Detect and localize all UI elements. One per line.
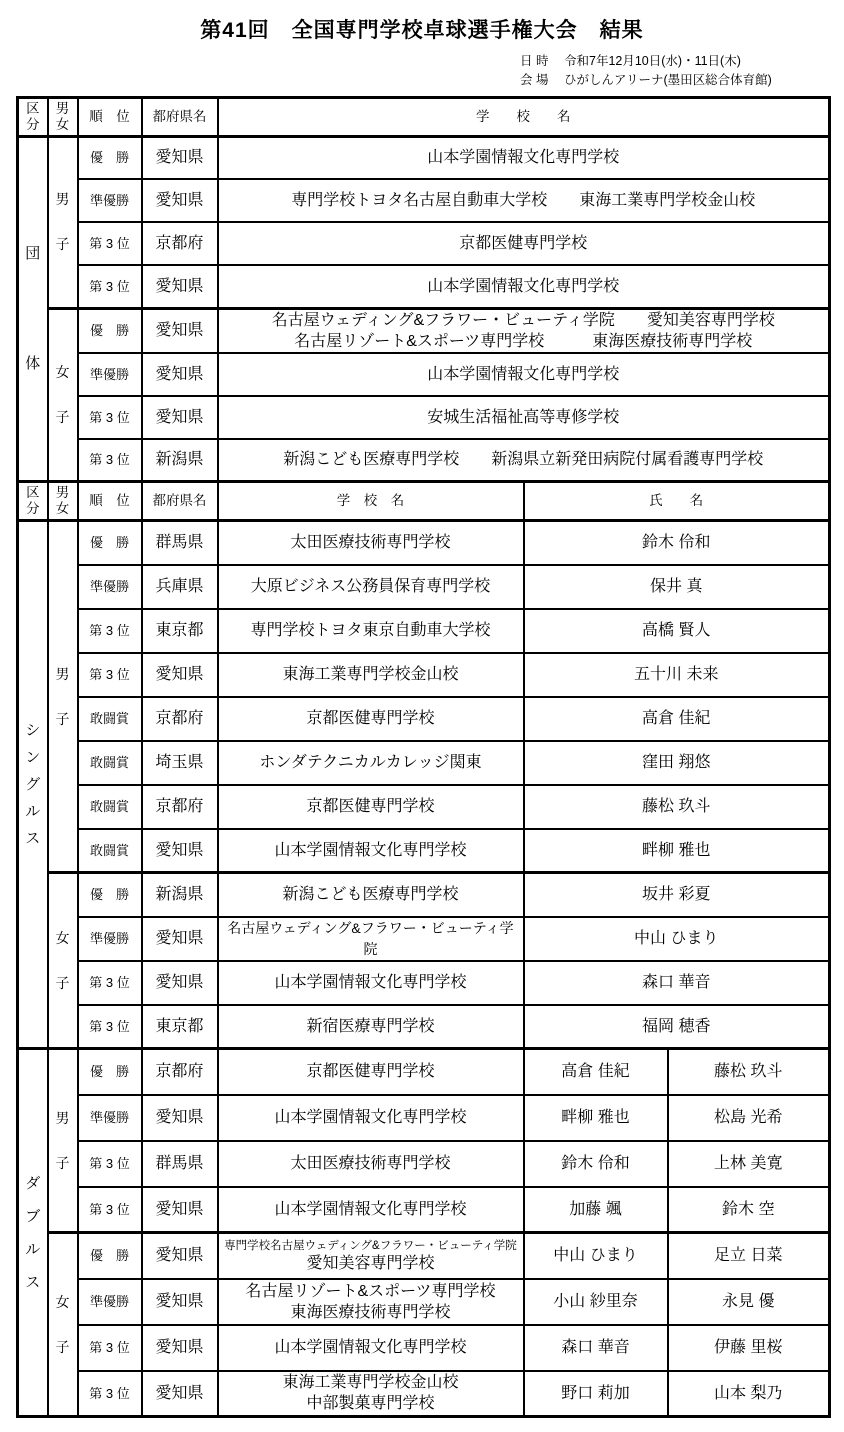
rank-cell: 敢闘賞 bbox=[78, 785, 142, 829]
table-row: 第 3 位 愛知県 山本学園情報文化専門学校 森口 華音 伊藤 里桜 bbox=[18, 1325, 830, 1371]
prefecture-cell: 愛知県 bbox=[142, 1095, 218, 1141]
player-name-cell: 畔柳 雅也 bbox=[524, 829, 830, 873]
table-row: 第 3 位 東京都 専門学校トヨタ東京自動車大学校 高橋 賢人 bbox=[18, 609, 830, 653]
prefecture-cell: 京都府 bbox=[142, 1049, 218, 1095]
table-header-row: 区 分 男 女 順 位 都府県名 学 校 名 bbox=[18, 97, 830, 136]
table-row: 敢闘賞 愛知県 山本学園情報文化専門学校 畔柳 雅也 bbox=[18, 829, 830, 873]
school-cell: 山本学園情報文化専門学校 bbox=[218, 265, 830, 308]
school-cell: 新宿医療専門学校 bbox=[218, 1005, 524, 1049]
table-header-row: 区 分 男 女 順 位 都府県名 学 校 名 氏 名 bbox=[18, 482, 830, 521]
rank-cell: 第 3 位 bbox=[78, 961, 142, 1005]
header-gender: 男 女 bbox=[48, 482, 78, 521]
table-row: 第 3 位 愛知県 山本学園情報文化専門学校 加藤 颯 鈴木 空 bbox=[18, 1187, 830, 1233]
rank-cell: 第 3 位 bbox=[78, 439, 142, 482]
school-cell: 名古屋リゾート&スポーツ専門学校 東海医療技術専門学校 bbox=[218, 1279, 524, 1325]
prefecture-cell: 京都府 bbox=[142, 785, 218, 829]
rank-cell: 敢闘賞 bbox=[78, 829, 142, 873]
rank-cell: 準優勝 bbox=[78, 565, 142, 609]
table-row: 敢闘賞 埼玉県 ホンダテクニカルカレッジ関東 窪田 翔悠 bbox=[18, 741, 830, 785]
rank-cell: 敢闘賞 bbox=[78, 697, 142, 741]
prefecture-cell: 愛知県 bbox=[142, 1279, 218, 1325]
gender-label-singles-men: 男 子 bbox=[48, 521, 78, 873]
school-cell: 山本学園情報文化専門学校 bbox=[218, 136, 830, 179]
rank-cell: 第 3 位 bbox=[78, 609, 142, 653]
rank-cell: 第 3 位 bbox=[78, 222, 142, 265]
rank-cell: 優 勝 bbox=[78, 308, 142, 353]
rank-cell: 優 勝 bbox=[78, 136, 142, 179]
player-name-cell: 森口 華音 bbox=[524, 961, 830, 1005]
rank-cell: 第 3 位 bbox=[78, 1141, 142, 1187]
gender-label-singles-women: 女 子 bbox=[48, 873, 78, 1049]
rank-cell: 優 勝 bbox=[78, 521, 142, 565]
player-name-cell: 鈴木 空 bbox=[668, 1187, 830, 1233]
page: 第41回 全国専門学校卓球選手権大会 結果 日 時 令和7年12月10日(水)・… bbox=[0, 0, 844, 1432]
rank-cell: 優 勝 bbox=[78, 873, 142, 917]
header-name: 氏 名 bbox=[524, 482, 830, 521]
player-name-cell: 保井 真 bbox=[524, 565, 830, 609]
table-row: 第 3 位 愛知県 東海工業専門学校金山校 中部製菓専門学校 野口 莉加 山本 … bbox=[18, 1371, 830, 1417]
rank-cell: 優 勝 bbox=[78, 1233, 142, 1279]
player-name-cell: 永見 優 bbox=[668, 1279, 830, 1325]
school-cell: 専門学校トヨタ東京自動車大学校 bbox=[218, 609, 524, 653]
header-prefecture: 都府県名 bbox=[142, 482, 218, 521]
prefecture-cell: 新潟県 bbox=[142, 873, 218, 917]
player-name-cell: 山本 梨乃 bbox=[668, 1371, 830, 1417]
prefecture-cell: 東京都 bbox=[142, 1005, 218, 1049]
rank-cell: 第 3 位 bbox=[78, 1005, 142, 1049]
page-title: 第41回 全国専門学校卓球選手権大会 結果 bbox=[0, 0, 844, 44]
school-cell: 専門学校トヨタ名古屋自動車大学校 東海工業専門学校金山校 bbox=[218, 179, 830, 222]
meta-venue-value: ひがしんアリーナ(墨田区総合体育館) bbox=[564, 71, 772, 90]
header-gender: 男 女 bbox=[48, 97, 78, 136]
table-row: 女 子 優 勝 愛知県 専門学校名古屋ウェディング&フラワー・ビューティ学院愛知… bbox=[18, 1233, 830, 1279]
table-row: 敢闘賞 京都府 京都医健専門学校 高倉 佳紀 bbox=[18, 697, 830, 741]
prefecture-cell: 新潟県 bbox=[142, 439, 218, 482]
meta-venue-label: 会 場 bbox=[520, 71, 564, 90]
player-name-cell: 小山 紗里奈 bbox=[524, 1279, 668, 1325]
header-category: 区 分 bbox=[18, 482, 48, 521]
player-name-cell: 伊藤 里桜 bbox=[668, 1325, 830, 1371]
player-name-cell: 野口 莉加 bbox=[524, 1371, 668, 1417]
player-name-cell: 坂井 彩夏 bbox=[524, 873, 830, 917]
school-cell: 新潟こども医療専門学校 新潟県立新発田病院付属看護専門学校 bbox=[218, 439, 830, 482]
prefecture-cell: 愛知県 bbox=[142, 1187, 218, 1233]
prefecture-cell: 愛知県 bbox=[142, 136, 218, 179]
event-meta: 日 時 令和7年12月10日(水)・11日(木) 会 場 ひがしんアリーナ(墨田… bbox=[520, 52, 844, 90]
rank-cell: 準優勝 bbox=[78, 917, 142, 961]
prefecture-cell: 愛知県 bbox=[142, 179, 218, 222]
header-category: 区 分 bbox=[18, 97, 48, 136]
player-name-cell: 高橋 賢人 bbox=[524, 609, 830, 653]
header-rank: 順 位 bbox=[78, 482, 142, 521]
school-cell: 京都医健専門学校 bbox=[218, 222, 830, 265]
header-school: 学 校 名 bbox=[218, 97, 830, 136]
rank-cell: 第 3 位 bbox=[78, 1371, 142, 1417]
school-cell: 東海工業専門学校金山校 bbox=[218, 653, 524, 697]
table-row: 準優勝 愛知県 専門学校トヨタ名古屋自動車大学校 東海工業専門学校金山校 bbox=[18, 179, 830, 222]
player-name-cell: 鈴木 伶和 bbox=[524, 1141, 668, 1187]
prefecture-cell: 埼玉県 bbox=[142, 741, 218, 785]
prefecture-cell: 愛知県 bbox=[142, 396, 218, 439]
player-name-cell: 藤松 玖斗 bbox=[668, 1049, 830, 1095]
meta-date-label: 日 時 bbox=[520, 52, 564, 71]
header-rank: 順 位 bbox=[78, 97, 142, 136]
table-row: 準優勝 愛知県 名古屋リゾート&スポーツ専門学校 東海医療技術専門学校 小山 紗… bbox=[18, 1279, 830, 1325]
player-name-cell: 畔柳 雅也 bbox=[524, 1095, 668, 1141]
gender-label-teams-women: 女 子 bbox=[48, 308, 78, 482]
rank-cell: 準優勝 bbox=[78, 179, 142, 222]
prefecture-cell: 愛知県 bbox=[142, 265, 218, 308]
section-label-singles: シ ン グ ル ス bbox=[18, 521, 48, 1049]
rank-cell: 優 勝 bbox=[78, 1049, 142, 1095]
rank-cell: 準優勝 bbox=[78, 1279, 142, 1325]
player-name-cell: 窪田 翔悠 bbox=[524, 741, 830, 785]
table-row: 第 3 位 愛知県 山本学園情報文化専門学校 森口 華音 bbox=[18, 961, 830, 1005]
player-name-cell: 五十川 未来 bbox=[524, 653, 830, 697]
table-row: 準優勝 愛知県 山本学園情報文化専門学校 bbox=[18, 353, 830, 396]
prefecture-cell: 愛知県 bbox=[142, 1371, 218, 1417]
school-cell: 専門学校名古屋ウェディング&フラワー・ビューティ学院愛知美容専門学校 bbox=[218, 1233, 524, 1279]
rank-cell: 第 3 位 bbox=[78, 265, 142, 308]
school-cell: 大原ビジネス公務員保育専門学校 bbox=[218, 565, 524, 609]
school-cell: 山本学園情報文化専門学校 bbox=[218, 829, 524, 873]
school-cell: 太田医療技術専門学校 bbox=[218, 521, 524, 565]
school-cell: 太田医療技術専門学校 bbox=[218, 1141, 524, 1187]
prefecture-cell: 兵庫県 bbox=[142, 565, 218, 609]
table-row: 第 3 位 京都府 京都医健専門学校 bbox=[18, 222, 830, 265]
table-row: 準優勝 愛知県 山本学園情報文化専門学校 畔柳 雅也 松島 光希 bbox=[18, 1095, 830, 1141]
meta-date-row: 日 時 令和7年12月10日(水)・11日(木) bbox=[520, 52, 844, 71]
prefecture-cell: 京都府 bbox=[142, 697, 218, 741]
school-cell: 名古屋ウェディング&フラワー・ビューティ学院 bbox=[218, 917, 524, 961]
gender-label-teams-men: 男 子 bbox=[48, 136, 78, 308]
rank-cell: 準優勝 bbox=[78, 1095, 142, 1141]
school-cell: 名古屋ウェディング&フラワー・ビューティ学院 愛知美容専門学校 名古屋リゾート&… bbox=[218, 308, 830, 353]
table-row: 第 3 位 愛知県 山本学園情報文化専門学校 bbox=[18, 265, 830, 308]
prefecture-cell: 愛知県 bbox=[142, 353, 218, 396]
school-cell: 山本学園情報文化専門学校 bbox=[218, 353, 830, 396]
school-cell: 山本学園情報文化専門学校 bbox=[218, 1187, 524, 1233]
prefecture-cell: 群馬県 bbox=[142, 1141, 218, 1187]
prefecture-cell: 愛知県 bbox=[142, 1233, 218, 1279]
prefecture-cell: 愛知県 bbox=[142, 829, 218, 873]
player-name-cell: 足立 日菜 bbox=[668, 1233, 830, 1279]
player-name-cell: 鈴木 伶和 bbox=[524, 521, 830, 565]
prefecture-cell: 愛知県 bbox=[142, 961, 218, 1005]
rank-cell: 敢闘賞 bbox=[78, 741, 142, 785]
school-cell: 京都医健専門学校 bbox=[218, 1049, 524, 1095]
prefecture-cell: 群馬県 bbox=[142, 521, 218, 565]
table-row: 第 3 位 東京都 新宿医療専門学校 福岡 穂香 bbox=[18, 1005, 830, 1049]
player-name-cell: 加藤 颯 bbox=[524, 1187, 668, 1233]
table-row: 敢闘賞 京都府 京都医健専門学校 藤松 玖斗 bbox=[18, 785, 830, 829]
table-row: 第 3 位 愛知県 東海工業専門学校金山校 五十川 未来 bbox=[18, 653, 830, 697]
player-name-cell: 上林 美寛 bbox=[668, 1141, 830, 1187]
table-row: 団 体 男 子 優 勝 愛知県 山本学園情報文化専門学校 bbox=[18, 136, 830, 179]
school-cell: ホンダテクニカルカレッジ関東 bbox=[218, 741, 524, 785]
prefecture-cell: 愛知県 bbox=[142, 1325, 218, 1371]
player-name-cell: 中山 ひまり bbox=[524, 917, 830, 961]
school-cell: 京都医健専門学校 bbox=[218, 697, 524, 741]
gender-label-doubles-women: 女 子 bbox=[48, 1233, 78, 1417]
school-name-small: 専門学校名古屋ウェディング&フラワー・ビューティ学院 bbox=[221, 1239, 521, 1254]
player-name-cell: 松島 光希 bbox=[668, 1095, 830, 1141]
player-name-cell: 高倉 佳紀 bbox=[524, 697, 830, 741]
school-cell: 東海工業専門学校金山校 中部製菓専門学校 bbox=[218, 1371, 524, 1417]
table-row: ダ ブ ル ス 男 子 優 勝 京都府 京都医健専門学校 高倉 佳紀 藤松 玖斗 bbox=[18, 1049, 830, 1095]
rank-cell: 第 3 位 bbox=[78, 1325, 142, 1371]
prefecture-cell: 愛知県 bbox=[142, 308, 218, 353]
prefecture-cell: 愛知県 bbox=[142, 653, 218, 697]
school-cell: 山本学園情報文化専門学校 bbox=[218, 1325, 524, 1371]
table-row: 第 3 位 群馬県 太田医療技術専門学校 鈴木 伶和 上林 美寛 bbox=[18, 1141, 830, 1187]
prefecture-cell: 愛知県 bbox=[142, 917, 218, 961]
player-name-cell: 高倉 佳紀 bbox=[524, 1049, 668, 1095]
school-cell: 山本学園情報文化専門学校 bbox=[218, 1095, 524, 1141]
player-name-cell: 福岡 穂香 bbox=[524, 1005, 830, 1049]
school-name: 愛知美容専門学校 bbox=[221, 1254, 521, 1273]
meta-venue-row: 会 場 ひがしんアリーナ(墨田区総合体育館) bbox=[520, 71, 844, 90]
table-row: シ ン グ ル ス 男 子 優 勝 群馬県 太田医療技術専門学校 鈴木 伶和 bbox=[18, 521, 830, 565]
section-label-doubles: ダ ブ ル ス bbox=[18, 1049, 48, 1417]
prefecture-cell: 東京都 bbox=[142, 609, 218, 653]
table-row: 第 3 位 新潟県 新潟こども医療専門学校 新潟県立新発田病院付属看護専門学校 bbox=[18, 439, 830, 482]
rank-cell: 第 3 位 bbox=[78, 1187, 142, 1233]
rank-cell: 第 3 位 bbox=[78, 653, 142, 697]
section-label-teams: 団 体 bbox=[18, 136, 48, 482]
table-row: 準優勝 兵庫県 大原ビジネス公務員保育専門学校 保井 真 bbox=[18, 565, 830, 609]
gender-label-doubles-men: 男 子 bbox=[48, 1049, 78, 1233]
player-name-cell: 藤松 玖斗 bbox=[524, 785, 830, 829]
player-name-cell: 森口 華音 bbox=[524, 1325, 668, 1371]
header-school: 学 校 名 bbox=[218, 482, 524, 521]
prefecture-cell: 京都府 bbox=[142, 222, 218, 265]
rank-cell: 準優勝 bbox=[78, 353, 142, 396]
table-row: 女 子 優 勝 愛知県 名古屋ウェディング&フラワー・ビューティ学院 愛知美容専… bbox=[18, 308, 830, 353]
school-cell: 山本学園情報文化専門学校 bbox=[218, 961, 524, 1005]
table-row: 準優勝 愛知県 名古屋ウェディング&フラワー・ビューティ学院 中山 ひまり bbox=[18, 917, 830, 961]
table-row: 第 3 位 愛知県 安城生活福祉高等専修学校 bbox=[18, 396, 830, 439]
results-table: 区 分 男 女 順 位 都府県名 学 校 名 団 体 男 子 優 勝 愛知県 山… bbox=[16, 96, 831, 1419]
header-prefecture: 都府県名 bbox=[142, 97, 218, 136]
rank-cell: 第 3 位 bbox=[78, 396, 142, 439]
meta-date-value: 令和7年12月10日(水)・11日(木) bbox=[564, 52, 741, 71]
table-row: 女 子 優 勝 新潟県 新潟こども医療専門学校 坂井 彩夏 bbox=[18, 873, 830, 917]
school-cell: 京都医健専門学校 bbox=[218, 785, 524, 829]
school-cell: 新潟こども医療専門学校 bbox=[218, 873, 524, 917]
school-cell: 安城生活福祉高等専修学校 bbox=[218, 396, 830, 439]
player-name-cell: 中山 ひまり bbox=[524, 1233, 668, 1279]
